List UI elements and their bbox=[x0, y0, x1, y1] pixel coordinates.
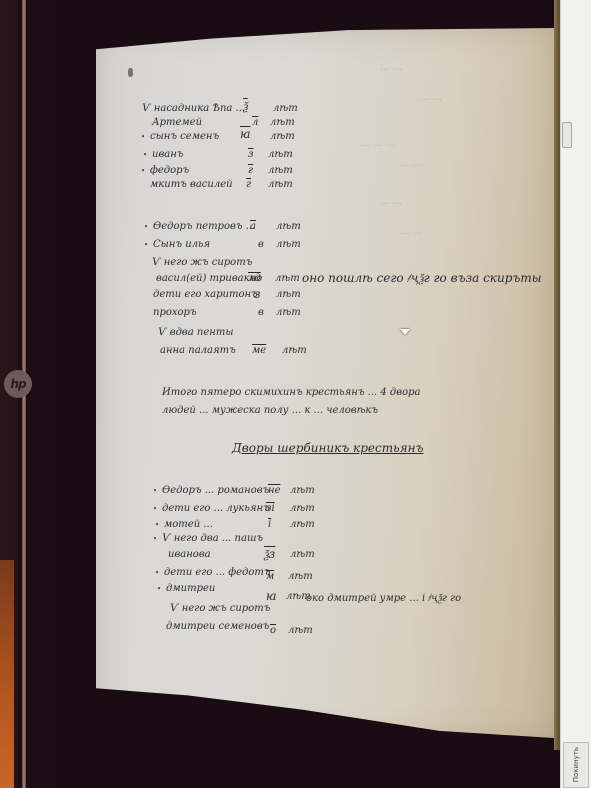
ms-summary-line: Итого пятеро скимихинъ крестьянъ ... 4 д… bbox=[162, 388, 420, 398]
ms-summary-line: людей ... мужеска полу ... к ... человѣк… bbox=[162, 406, 378, 416]
ms-line: анна палаятъ bbox=[160, 346, 236, 356]
ms-unit: лѣт bbox=[268, 166, 293, 176]
ms-unit: лѣт bbox=[288, 572, 313, 582]
ms-unit: лѣт bbox=[275, 274, 300, 284]
ink-stain bbox=[128, 68, 133, 77]
ms-line: Артемей bbox=[152, 118, 202, 128]
ms-line: мотей ... bbox=[164, 520, 213, 530]
ms-line: Ѵ него жъ сиротъ bbox=[170, 604, 270, 614]
hp-logo-icon: hp bbox=[4, 370, 32, 398]
ms-age: м bbox=[266, 572, 274, 582]
ms-age: а bbox=[250, 222, 256, 232]
ms-unit: лѣт bbox=[268, 150, 293, 160]
ms-age: л bbox=[252, 118, 258, 128]
ms-line: дмитреи bbox=[166, 584, 215, 594]
ms-age: в bbox=[258, 308, 264, 318]
ms-unit: лѣт bbox=[288, 626, 313, 636]
ms-age: ꙗ bbox=[266, 590, 277, 602]
ms-age: з bbox=[254, 288, 261, 300]
ms-unit: лѣт bbox=[290, 520, 315, 530]
document-viewer[interactable] bbox=[72, 0, 562, 760]
ms-age: г bbox=[248, 166, 253, 176]
ms-unit: лѣт bbox=[276, 240, 301, 250]
ms-line: дети его харитонъ bbox=[153, 290, 258, 300]
ms-section-heading: Дворы шербиникъ крестьянъ bbox=[232, 442, 423, 454]
ms-age: ꙗ bbox=[240, 128, 251, 140]
ms-age: з bbox=[248, 150, 253, 160]
ms-line: прохоръ bbox=[153, 308, 197, 318]
sidebar-toggle-tab[interactable] bbox=[562, 122, 572, 148]
viewer-sidebar: Покинуть bbox=[560, 0, 591, 788]
ms-line: васил(ей) тривакно bbox=[156, 274, 262, 284]
ms-unit: лѣт bbox=[276, 222, 301, 232]
ms-age: зі bbox=[266, 504, 275, 514]
ms-age: і bbox=[268, 520, 271, 530]
ms-line: мкитъ василей bbox=[150, 180, 233, 190]
ms-line: дмитреи семеновъ bbox=[166, 622, 269, 632]
ms-line: иванова bbox=[168, 550, 211, 560]
ms-line: иванъ bbox=[152, 150, 183, 160]
ms-age: ѯ bbox=[243, 100, 248, 112]
ms-unit: лѣт bbox=[270, 118, 295, 128]
ms-line: Ѳедоръ ... романовъ bbox=[162, 486, 269, 496]
bleed-through-text: ... ... ... bbox=[360, 138, 395, 149]
ms-unit: лѣт bbox=[270, 132, 295, 142]
ms-age: лд bbox=[248, 274, 261, 284]
ms-age: о bbox=[270, 626, 276, 636]
ms-age: не bbox=[268, 486, 281, 496]
ms-line: Ѵ насадника Ѣпа ... bbox=[142, 104, 245, 114]
ms-unit: лѣт bbox=[276, 308, 301, 318]
ms-marginal-note: оно пошлѣ сего ҂ҷѯг го въза скиръты bbox=[302, 272, 542, 284]
bleed-through-text: ... ... bbox=[420, 92, 442, 103]
bleed-through-text: ... ... bbox=[380, 196, 402, 207]
ms-line: федоръ bbox=[150, 166, 189, 176]
ms-age: ме bbox=[252, 346, 266, 356]
ms-line: дети его ... федотъ bbox=[164, 568, 271, 578]
ms-line: сынъ семенъ bbox=[150, 132, 219, 142]
bleed-through-text: ... ... bbox=[400, 158, 422, 169]
ms-unit: лѣт bbox=[268, 180, 293, 190]
ms-line: Ѳедоръ петровъ ... bbox=[153, 222, 255, 232]
bleed-through-text: ... ... bbox=[400, 226, 422, 237]
ms-age: г bbox=[246, 180, 251, 190]
desk-edge bbox=[0, 560, 14, 788]
ms-unit: лѣт bbox=[282, 346, 307, 356]
leave-button-label: Покинуть bbox=[572, 747, 580, 782]
ms-line: Сынъ илья bbox=[153, 240, 210, 250]
mouse-pointer-icon bbox=[400, 329, 410, 335]
ms-marginal-note: око дмитрей умре ... і ҂ҷѯг го bbox=[306, 594, 461, 604]
ms-age: ѯз bbox=[264, 548, 275, 560]
ms-unit: лѣт bbox=[290, 504, 315, 514]
ms-age: в bbox=[258, 240, 264, 250]
ms-line: дети его ... лукьянъ bbox=[162, 504, 270, 514]
bleed-through-text: ... ... bbox=[380, 62, 402, 73]
ms-unit: лѣт bbox=[276, 290, 301, 300]
ms-line: Ѵ него два ... пашъ bbox=[162, 534, 263, 544]
ms-line: Ѵ него жъ сиротъ bbox=[152, 258, 252, 268]
ms-unit: лѣт bbox=[273, 104, 298, 114]
ms-unit: лѣт bbox=[290, 486, 315, 496]
leave-button[interactable]: Покинуть bbox=[563, 742, 589, 788]
ms-unit: лѣт bbox=[290, 550, 315, 560]
ms-line: Ѵ вдва пенты bbox=[158, 328, 233, 338]
